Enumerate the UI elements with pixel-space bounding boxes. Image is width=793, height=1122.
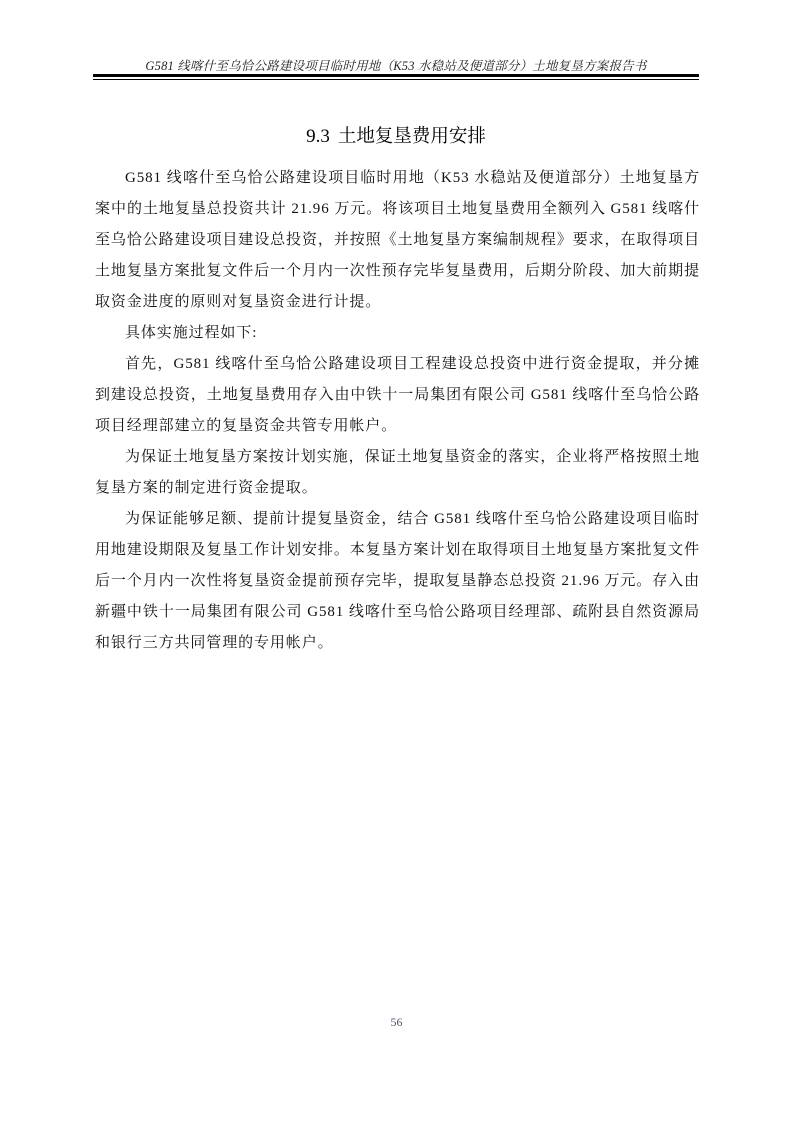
document-page: G581 线喀什至乌恰公路建设项目临时用地（K53 水稳站及便道部分）土地复垦方… <box>0 0 793 1122</box>
paragraph-guarantee: 为保证土地复垦方案按计划实施，保证土地复垦资金的落实，企业将严格按照土地复垦方案… <box>95 442 700 504</box>
section-heading: 9.3土地复垦费用安排 <box>93 122 699 148</box>
paragraph-process-intro: 具体实施过程如下: <box>95 318 700 349</box>
running-header: G581 线喀什至乌恰公路建设项目临时用地（K53 水稳站及便道部分）土地复垦方… <box>93 56 699 74</box>
paragraph-step-first: 首先，G581 线喀什至乌恰公路建设项目工程建设总投资中进行资金提取，并分摊到建… <box>95 349 700 442</box>
paragraph-advance-provision: 为保证能够足额、提前计提复垦资金，结合 G581 线喀什至乌恰公路建设项目临时用… <box>95 504 700 659</box>
section-number: 9.3 <box>306 126 330 147</box>
body-text: G581 线喀什至乌恰公路建设项目临时用地（K53 水稳站及便道部分）土地复垦方… <box>95 163 700 659</box>
header-rule-thin <box>93 79 699 80</box>
paragraph-investment-summary: G581 线喀什至乌恰公路建设项目临时用地（K53 水稳站及便道部分）土地复垦方… <box>95 163 700 318</box>
header-rule-thick <box>93 74 699 77</box>
page-number: 56 <box>0 1015 793 1030</box>
section-title: 土地复垦费用安排 <box>338 125 486 146</box>
